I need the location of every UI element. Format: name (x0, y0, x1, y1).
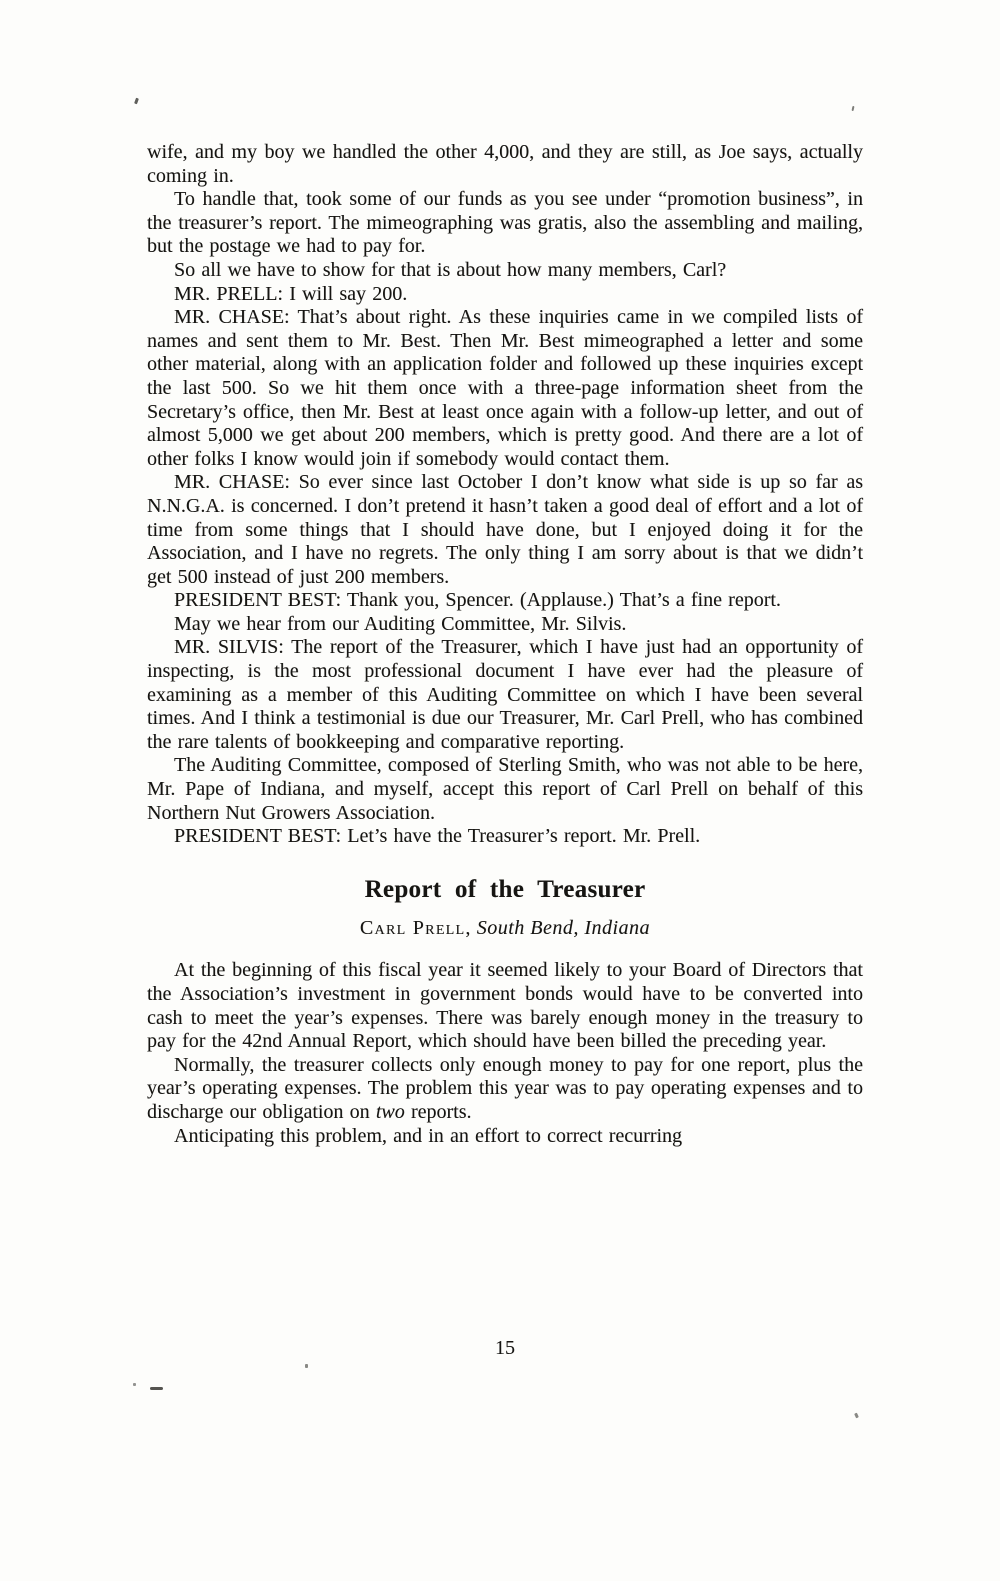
text-run: To handle that, took some of our funds a… (147, 188, 863, 257)
paragraph: Normally, the treasurer collects only en… (147, 1054, 863, 1125)
transcript-section: wife, and my boy we handled the other 4,… (147, 141, 863, 849)
byline: Carl Prell, South Bend, Indiana (147, 917, 863, 941)
scan-artifact (133, 1383, 136, 1386)
byline-author: Carl Prell, (360, 917, 472, 939)
scan-artifact (852, 106, 855, 111)
scan-artifact (150, 1387, 163, 1390)
text-run: At the beginning of this fiscal year it … (147, 959, 863, 1052)
byline-location: South Bend, Indiana (477, 917, 650, 939)
report-section: At the beginning of this fiscal year it … (147, 959, 863, 1148)
page-number: 15 (147, 1337, 863, 1360)
text-run: MR. CHASE: So ever since last October I … (147, 471, 863, 587)
scan-artifact (305, 1364, 308, 1368)
paragraph: Anticipating this problem, and in an eff… (147, 1125, 863, 1149)
page-text-block: wife, and my boy we handled the other 4,… (147, 141, 863, 1148)
text-run: MR. CHASE: That’s about right. As these … (147, 306, 863, 470)
paragraph: The Auditing Committee, composed of Ster… (147, 754, 863, 825)
paragraph: PRESIDENT BEST: Let’s have the Treasurer… (147, 825, 863, 849)
transcript-paragraphs: wife, and my boy we handled the other 4,… (147, 141, 863, 849)
paragraph: MR. CHASE: So ever since last October I … (147, 471, 863, 589)
text-run: Anticipating this problem, and in an eff… (174, 1125, 682, 1147)
scanned-book-page: wife, and my boy we handled the other 4,… (0, 0, 1000, 1581)
text-run: wife, and my boy we handled the other 4,… (147, 141, 863, 187)
scan-artifact (854, 1413, 859, 1419)
report-paragraphs: At the beginning of this fiscal year it … (147, 959, 863, 1148)
text-run: The Auditing Committee, composed of Ster… (147, 754, 863, 823)
paragraph: At the beginning of this fiscal year it … (147, 959, 863, 1053)
paragraph: To handle that, took some of our funds a… (147, 188, 863, 259)
text-run: PRESIDENT BEST: Let’s have the Treasurer… (174, 825, 700, 847)
paragraph: MR. CHASE: That’s about right. As these … (147, 306, 863, 471)
text-run: MR. SILVIS: The report of the Treasurer,… (147, 636, 863, 752)
paragraph: PRESIDENT BEST: Thank you, Spencer. (App… (147, 589, 863, 613)
text-run: PRESIDENT BEST: Thank you, Spencer. (App… (174, 589, 781, 611)
paragraph: wife, and my boy we handled the other 4,… (147, 141, 863, 188)
text-run: So all we have to show for that is about… (174, 259, 726, 281)
text-run: reports. (405, 1101, 472, 1123)
italic-text-run: two (376, 1101, 405, 1123)
paragraph: So all we have to show for that is about… (147, 259, 863, 283)
text-run: MR. PRELL: I will say 200. (174, 283, 407, 305)
section-title: Report of the Treasurer (147, 876, 863, 904)
text-run: Normally, the treasurer collects only en… (147, 1054, 863, 1123)
paragraph: MR. PRELL: I will say 200. (147, 283, 863, 307)
text-run: May we hear from our Auditing Committee,… (174, 613, 626, 635)
paragraph: MR. SILVIS: The report of the Treasurer,… (147, 636, 863, 754)
paragraph: May we hear from our Auditing Committee,… (147, 613, 863, 637)
scan-artifact (134, 98, 139, 105)
